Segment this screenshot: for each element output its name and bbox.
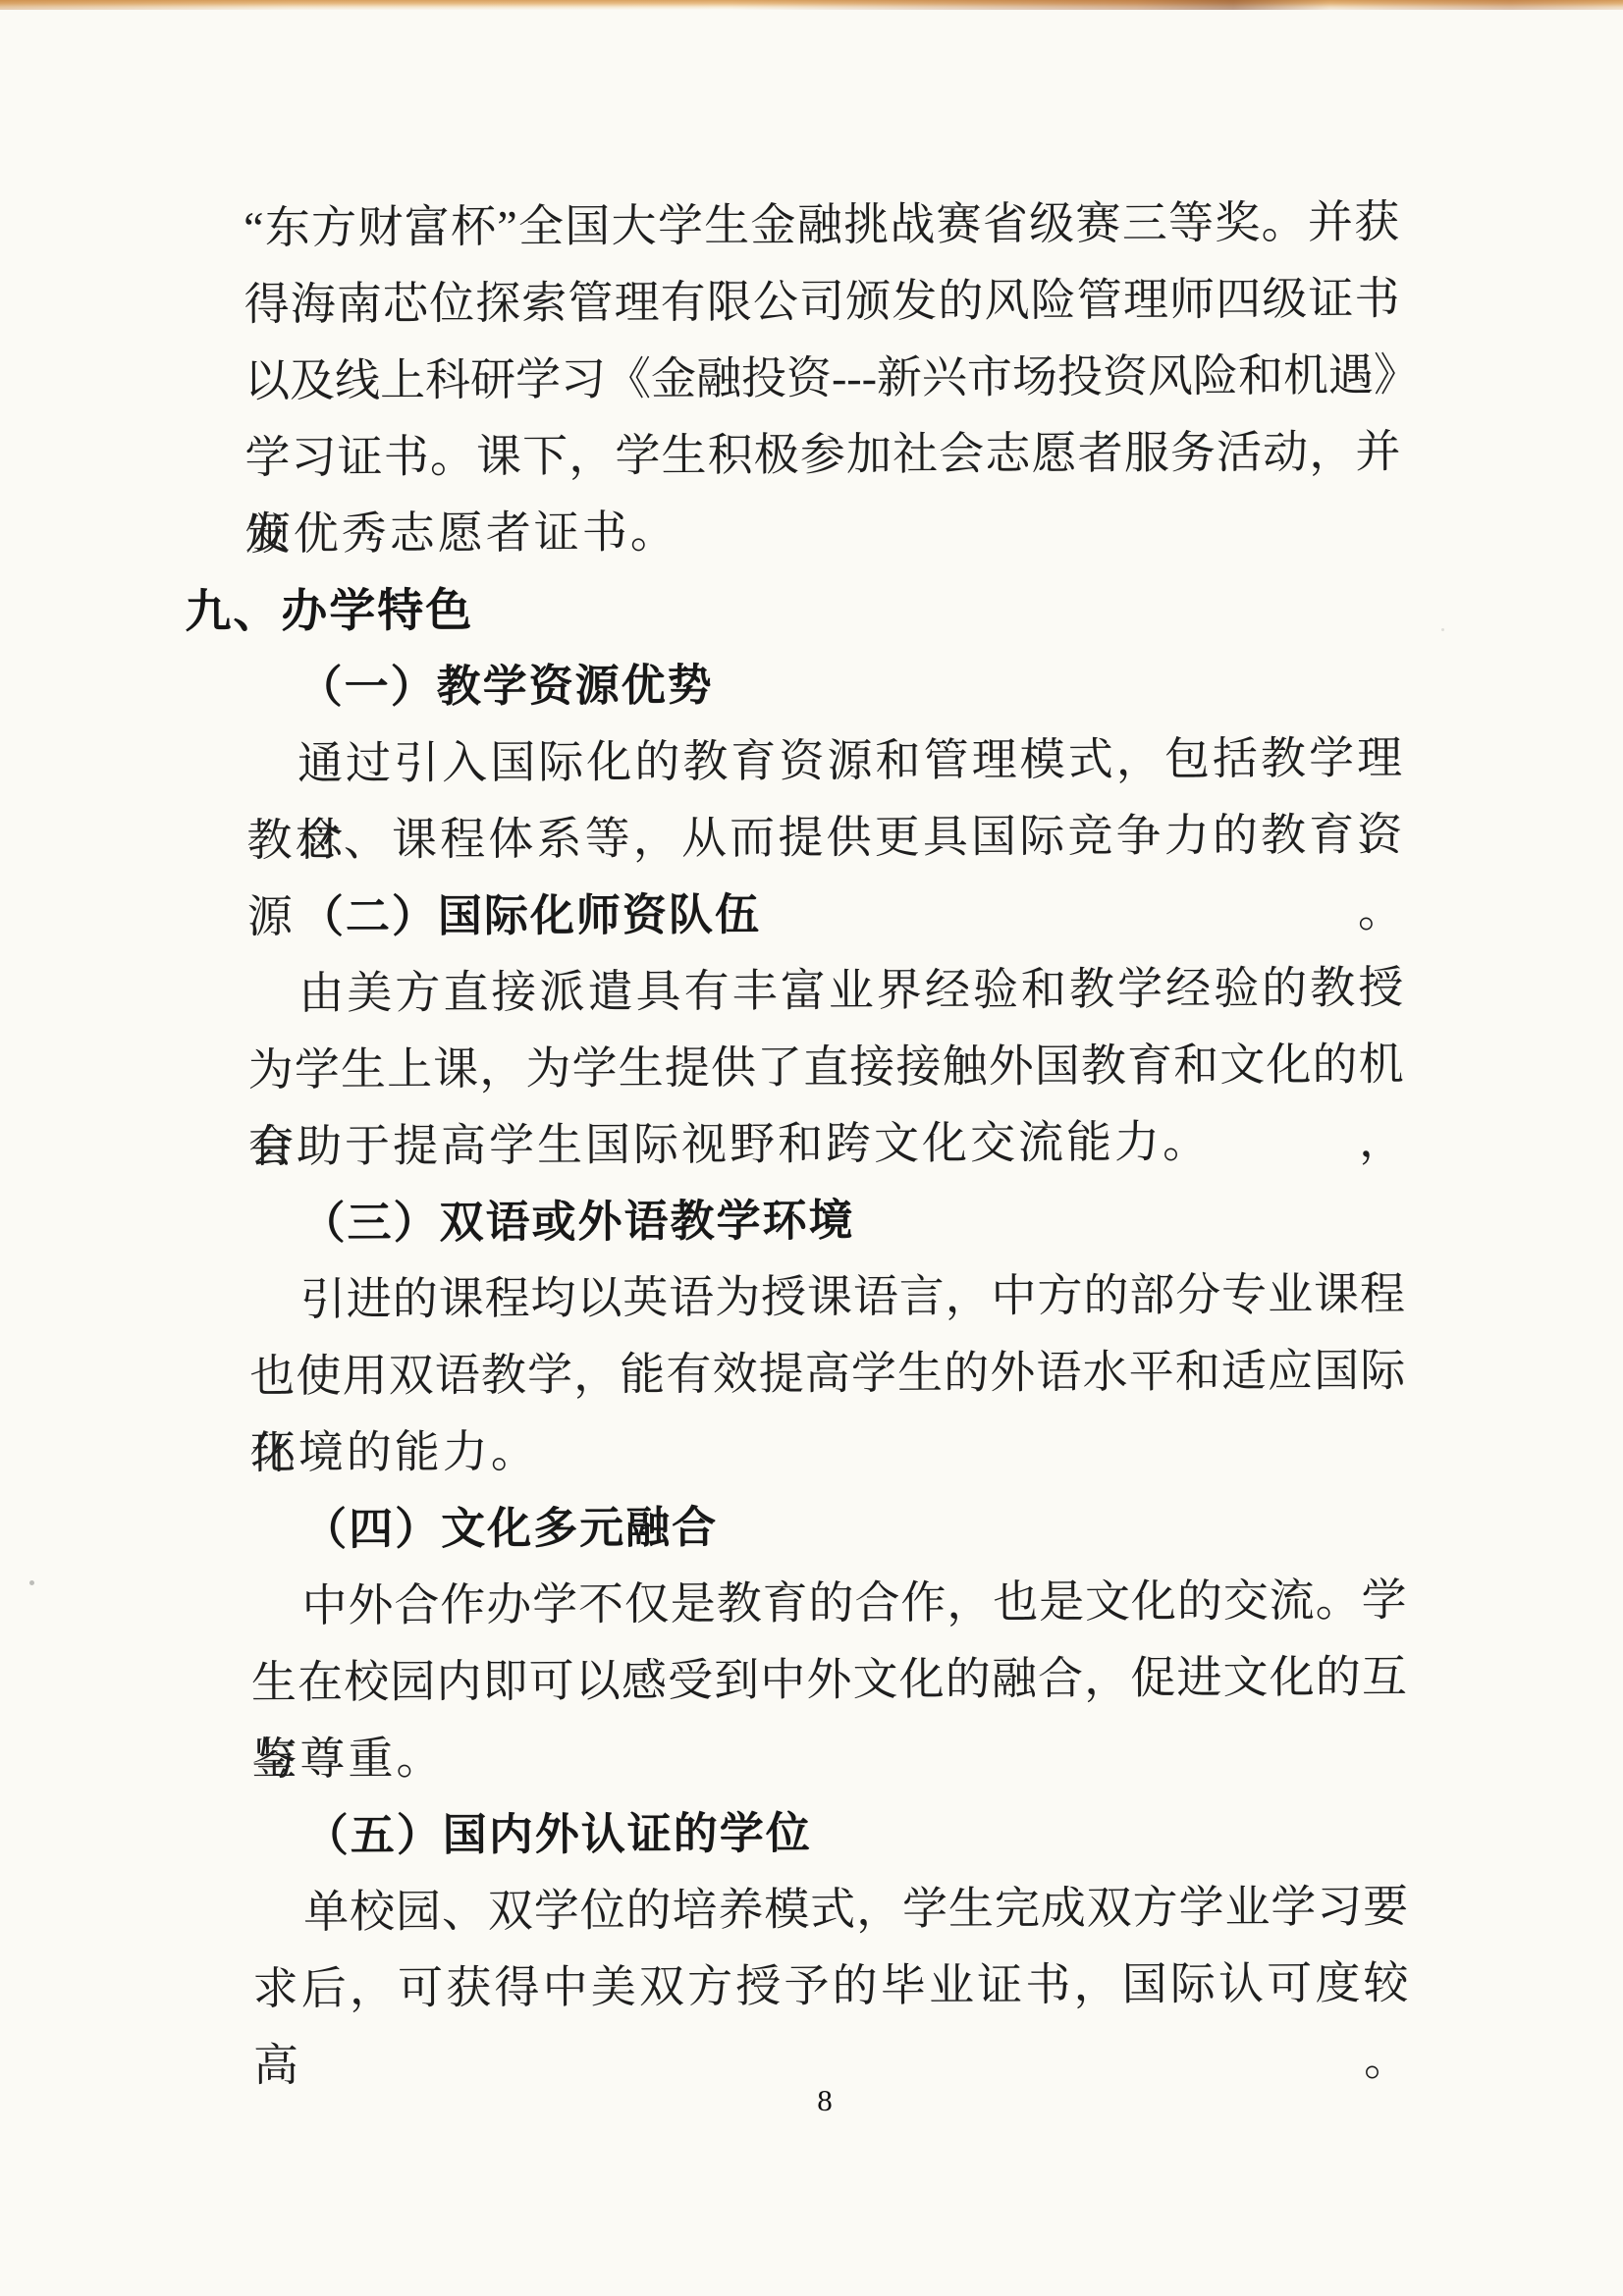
section-line: 为学生上课，为学生提供了直接接触外国教育和文化的机会， xyxy=(187,1027,1403,1109)
scan-speck xyxy=(29,1580,34,1585)
section-line: 通过引入国际化的教育资源和管理模式，包括教学理念、 xyxy=(186,721,1402,803)
document-text-block: “东方财富杯”全国大学生金融挑战赛省级赛三等奖。并获 得海南芯位探索管理有限公司… xyxy=(183,185,1409,2028)
section-title: （三）双语或外语教学环境 xyxy=(188,1179,1404,1261)
section-line: 教材、课程体系等，从而提供更具国际竞争力的教育资源。 xyxy=(186,797,1402,880)
page-number: 8 xyxy=(803,2083,846,2118)
section-line: 中外合作办学不仅是教育的合作，也是文化的交流。学 xyxy=(189,1562,1406,1644)
section-line: 环境的能力。 xyxy=(189,1409,1406,1491)
section-title: （五）国内外认证的学位 xyxy=(191,1791,1408,1874)
intro-line: “东方财富杯”全国大学生金融挑战赛省级赛三等奖。并获 xyxy=(183,185,1399,267)
scan-top-edge xyxy=(0,0,1623,10)
section-line: 与尊重。 xyxy=(190,1715,1407,1797)
section-line: 由美方直接派遣具有丰富业界经验和教学经验的教授 xyxy=(187,950,1403,1033)
section-line: 生在校园内即可以感受到中外文化的融合，促进文化的互鉴 xyxy=(190,1638,1407,1721)
intro-line: 发优秀志愿者证书。 xyxy=(185,491,1401,573)
intro-line: 得海南芯位探索管理有限公司颁发的风险管理师四级证书 xyxy=(183,261,1399,344)
intro-line: 学习证书。课下，学生积极参加社会志愿者服务活动，并颁 xyxy=(184,414,1400,497)
chapter-heading: 九、办学特色 xyxy=(185,567,1401,650)
section-line: 单校园、双学位的培养模式，学生完成双方学业学习要 xyxy=(191,1868,1408,1950)
scanned-document-page: “东方财富杯”全国大学生金融挑战赛省级赛三等奖。并获 得海南芯位探索管理有限公司… xyxy=(0,0,1623,2296)
intro-line: 以及线上科研学习《金融投资---新兴市场投资风险和机遇》 xyxy=(184,338,1400,420)
section-line: 引进的课程均以英语为授课语言，中方的部分专业课程 xyxy=(189,1255,1405,1338)
section-title: （一）教学资源优势 xyxy=(185,644,1401,726)
scan-speck xyxy=(1441,628,1444,631)
section-line: 也使用双语教学，能有效提高学生的外语水平和适应国际化 xyxy=(189,1332,1405,1415)
section-title: （四）文化多元融合 xyxy=(189,1485,1406,1568)
section-line: 求后，可获得中美双方授予的毕业证书，国际认可度较高。 xyxy=(191,1945,1408,2027)
